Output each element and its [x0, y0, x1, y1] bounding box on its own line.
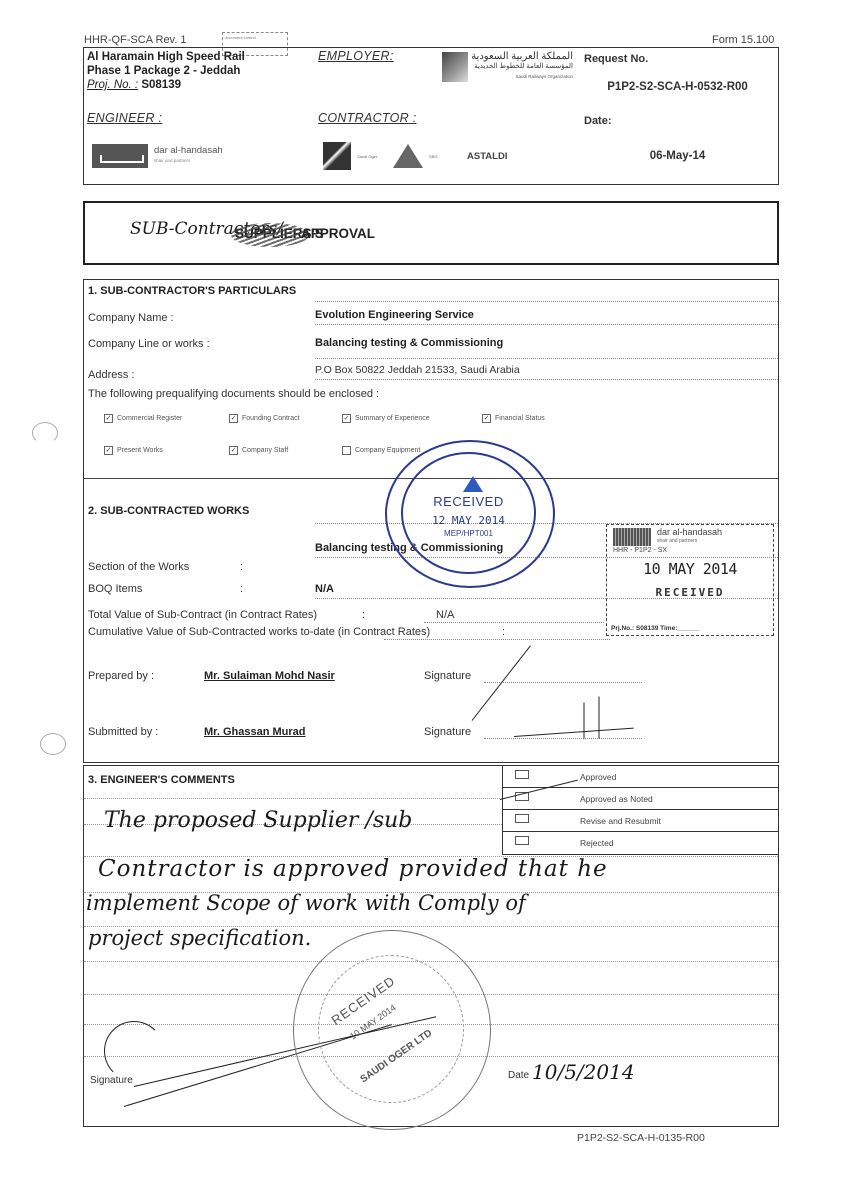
- form-number: Form 15.100: [712, 34, 774, 46]
- request-number-label: Request No.: [584, 53, 648, 65]
- punch-hole-mark: [40, 733, 66, 755]
- colon: :: [362, 609, 365, 621]
- checkbox-founding-contract[interactable]: ✓Founding Contract: [229, 414, 300, 423]
- documents-intro: The following prequalifying documents sh…: [88, 388, 379, 400]
- checkbox-icon: ✓: [229, 414, 238, 423]
- checkbox-icon: [515, 814, 529, 823]
- boq-label: BOQ Items: [88, 583, 142, 595]
- form-title-box: SUB-Contractors/ SUPPLIERS'S APPROVAL: [83, 201, 779, 265]
- project-number: S08139: [141, 79, 181, 91]
- contractor-logo-3: ASTALDI: [467, 151, 507, 162]
- project-line-2: Phase 1 Package 2 - Jeddah: [87, 64, 312, 78]
- checkbox-icon: [342, 446, 351, 455]
- triangle-icon: [463, 476, 483, 492]
- company-name-label: Company Name :: [88, 312, 174, 324]
- contractor-label: CONTRACTOR :: [318, 111, 417, 125]
- project-number-label: Proj. No. :: [87, 79, 138, 91]
- contractor-logo-2: SBG: [429, 154, 459, 159]
- date-label: Date:: [584, 115, 612, 127]
- status-approved[interactable]: Approved: [503, 766, 778, 788]
- total-value-label: Total Value of Sub-Contract (in Contract…: [88, 609, 317, 621]
- signature-line: [484, 738, 642, 739]
- project-number-row: Proj. No. : S08139: [87, 78, 312, 92]
- status-table: Approved Approved as Noted Revise and Re…: [502, 766, 778, 855]
- dotted-rule: [315, 379, 778, 380]
- date-cell: Date: 06-May-14: [577, 110, 778, 184]
- contractor-cell: CONTRACTOR : Saudi Oger SBG ASTALDI: [315, 110, 577, 184]
- dotted-rule: [384, 639, 610, 640]
- prepared-by-name: Mr. Sulaiman Mohd Nasir: [204, 670, 335, 682]
- colon: :: [240, 583, 243, 595]
- dar-al-handasah-logo: dar al-handasah shair and partners: [92, 144, 223, 168]
- checkbox-financial-status[interactable]: ✓Financial Status: [482, 414, 545, 423]
- checkbox-icon: ✓: [342, 414, 351, 423]
- colon: :: [502, 626, 505, 638]
- status-rejected[interactable]: Rejected: [503, 832, 778, 854]
- status-approved-as-noted[interactable]: Approved as Noted: [503, 788, 778, 810]
- dar-emblem-icon: [613, 528, 651, 546]
- dotted-rule: [424, 622, 604, 623]
- request-number-cell: Request No. P1P2-S2-SCA-H-0532-R00: [577, 48, 778, 110]
- header-table: Al Haramain High Speed Rail Phase 1 Pack…: [83, 47, 779, 185]
- checkbox-icon: ✓: [229, 446, 238, 455]
- scribble-strikeout: [231, 223, 309, 247]
- boq-value: N/A: [315, 583, 334, 595]
- checkbox-icon: [515, 836, 529, 845]
- submitted-signature-stroke: [514, 728, 634, 737]
- total-value: N/A: [436, 609, 454, 621]
- checkbox-icon: ✓: [482, 414, 491, 423]
- project-cell: Al Haramain High Speed Rail Phase 1 Pack…: [84, 48, 315, 110]
- employer-logo-english: Saudi Railways Organization: [471, 72, 573, 82]
- saudi-oger-logo-icon: [323, 142, 351, 170]
- employer-logo-arabic: المملكة العربية السعودية: [471, 52, 573, 62]
- prepared-signature-label: Signature: [424, 670, 471, 682]
- engineer-signature-loop: [104, 1021, 164, 1081]
- submitted-signature-stroke: [584, 703, 585, 739]
- dotted-rule: [315, 301, 778, 302]
- checkbox-icon: ✓: [104, 414, 113, 423]
- company-line-label: Company Line or works :: [88, 338, 210, 350]
- prepared-by-label: Prepared by :: [88, 670, 154, 682]
- checkbox-present-works[interactable]: ✓Present Works: [104, 446, 163, 455]
- request-number: P1P2-S2-SCA-H-0532-R00: [577, 81, 778, 93]
- submitted-by-name: Mr. Ghassan Murad: [204, 726, 305, 738]
- project-line-1: Al Haramain High Speed Rail: [87, 50, 312, 64]
- checkbox-icon: [515, 770, 529, 779]
- prepared-signature-stroke: [472, 645, 531, 720]
- section-1-heading: 1. SUB-CONTRACTOR'S PARTICULARS: [88, 285, 296, 297]
- comment-line-2: Contractor is approved provided that he: [98, 856, 608, 882]
- employer-label: EMPLOYER:: [318, 49, 394, 63]
- comment-line-4: project specification.: [88, 926, 311, 950]
- engineer-logo-name: dar al-handasah: [154, 146, 223, 156]
- company-line-value: Balancing testing & Commissioning: [315, 337, 503, 349]
- checkbox-company-equipment[interactable]: Company Equipment: [342, 446, 420, 455]
- colon: :: [240, 561, 243, 573]
- engineer-label: ENGINEER :: [87, 111, 162, 125]
- engineer-logo-sub: shair and partners: [154, 156, 223, 166]
- contractor-logo-1: Saudi Oger: [357, 154, 387, 159]
- section-of-works-label: Section of the Works: [88, 561, 189, 573]
- received-stamp-blue: RECEIVED 12 MAY 2014 MEP/HPT001: [385, 440, 555, 588]
- submitted-signature-label: Signature: [424, 726, 471, 738]
- checkbox-summary-experience[interactable]: ✓Summary of Experience: [342, 414, 430, 423]
- checkbox-commercial-register[interactable]: ✓Commercial Register: [104, 414, 182, 423]
- company-name-value: Evolution Engineering Service: [315, 309, 474, 321]
- comment-line-3: implement Scope of work with Comply of: [86, 891, 526, 915]
- received-stamp-dar: dar al-handasahshair and partners HHR - …: [606, 524, 774, 636]
- submitted-signature-stroke: [599, 697, 600, 739]
- checkbox-icon: ✓: [104, 446, 113, 455]
- cumulative-value-label: Cumulative Value of Sub-Contracted works…: [88, 626, 430, 638]
- comment-line-1: The proposed Supplier /sub: [104, 808, 412, 833]
- dotted-rule: [315, 324, 778, 325]
- engineer-date-value: 10/5/2014: [532, 1060, 635, 1084]
- engineer-cell: ENGINEER : dar al-handasah shair and par…: [84, 110, 315, 184]
- section-3-heading: 3. ENGINEER'S COMMENTS: [88, 774, 235, 786]
- status-revise-resubmit[interactable]: Revise and Resubmit: [503, 810, 778, 832]
- dar-emblem-icon: [92, 144, 148, 168]
- sbg-logo-icon: [393, 144, 423, 168]
- submitted-by-label: Submitted by :: [88, 726, 158, 738]
- footer-reference: P1P2-S2-SCA-H-0135-R00: [577, 1132, 705, 1144]
- checkbox-company-staff[interactable]: ✓Company Staff: [229, 446, 288, 455]
- punch-hole-mark: [32, 422, 58, 444]
- received-stamp-saudi-oger: RECEIVED 10 MAY 2014 SAUDI OGER LTD: [293, 930, 491, 1130]
- dotted-rule: [315, 358, 778, 359]
- saudi-railways-emblem-icon: [442, 52, 468, 82]
- address-value: P.O Box 50822 Jeddah 21533, Saudi Arabia: [315, 364, 520, 376]
- address-label: Address :: [88, 369, 134, 381]
- signature-line: [484, 682, 642, 683]
- form-code: HHR-QF-SCA Rev. 1: [84, 34, 186, 46]
- contractor-logos: Saudi Oger SBG ASTALDI: [323, 142, 571, 170]
- form-title: APPROVAL: [301, 226, 375, 241]
- saudi-railways-logo: المملكة العربية السعودية المؤسسة العامة …: [442, 52, 573, 82]
- employer-cell: EMPLOYER: المملكة العربية السعودية المؤس…: [315, 48, 577, 110]
- request-date: 06-May-14: [577, 150, 778, 162]
- employer-logo-arabic-sub: المؤسسة العامة للخطوط الحديدية: [471, 62, 573, 72]
- engineer-date-label: Date: [508, 1070, 529, 1081]
- section-2-heading: 2. SUB-CONTRACTED WORKS: [88, 505, 249, 517]
